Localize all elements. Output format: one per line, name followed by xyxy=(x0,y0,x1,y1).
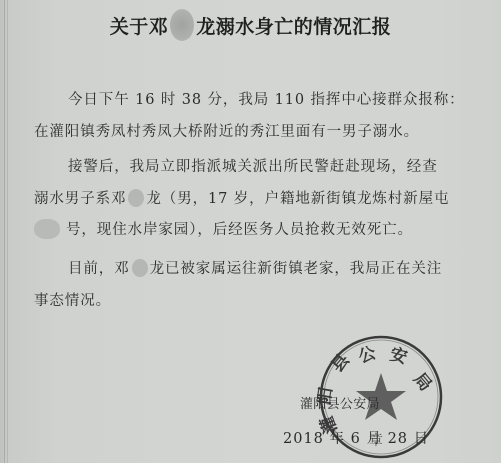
document-title: 关于邓龙溺水身亡的情况汇报 xyxy=(0,12,501,41)
svg-text:公: 公 xyxy=(356,343,379,368)
paragraph-3-line-2: 事态情况。 xyxy=(34,289,111,310)
document-date: 2018 年 6 月 28 日 xyxy=(283,427,429,448)
redaction-blur xyxy=(34,219,60,239)
paragraph-3-line-1-b: 龙已被家属运往新街镇老家，我局正在关注 xyxy=(150,261,443,277)
redaction-blur xyxy=(128,189,144,207)
paragraph-2-line-2: 溺水男子系邓龙（男，17 岁，户籍地新街镇龙炼村新屋屯 xyxy=(34,187,449,208)
paragraph-3-line-1: 目前，邓龙已被家属运往新街镇老家，我局正在关注 xyxy=(68,257,442,278)
paragraph-3-line-1-a: 目前，邓 xyxy=(68,261,130,277)
redaction-blur xyxy=(170,9,194,41)
paragraph-2-line-2-a: 溺水男子系邓 xyxy=(34,191,126,207)
title-prefix: 关于邓 xyxy=(110,16,169,38)
svg-text:局: 局 xyxy=(409,369,435,395)
redaction-blur xyxy=(132,259,148,277)
paragraph-2-line-3: 号，现住水岸家园），后经医务人员抢救无效死亡。 xyxy=(34,218,413,239)
signature-organization: 灌阳县公安局 xyxy=(300,393,380,412)
svg-text:安: 安 xyxy=(388,344,410,369)
document-page: 关于邓龙溺水身亡的情况汇报 今日下午 16 时 38 分，我局 110 指挥中心… xyxy=(0,0,501,463)
paragraph-2-line-3-text: 号，现住水岸家园），后经医务人员抢救无效死亡。 xyxy=(66,222,413,238)
title-suffix: 龙溺水身亡的情况汇报 xyxy=(196,16,391,38)
paragraph-1-line-1: 今日下午 16 时 38 分，我局 110 指挥中心接群众报称： xyxy=(68,88,465,109)
page-edge-line xyxy=(4,0,5,463)
paragraph-2-line-1: 接警后，我局立即指派城关派出所民警赶赴现场，经查 xyxy=(68,155,438,176)
paragraph-1-line-2: 在灌阳镇秀凤村秀凤大桥附近的秀江里面有一男子溺水。 xyxy=(34,120,419,141)
paragraph-2-line-2-b: 龙（男，17 岁，户籍地新街镇龙炼村新屋屯 xyxy=(146,191,449,207)
svg-text:县: 县 xyxy=(328,350,354,376)
page-edge-line xyxy=(7,0,8,463)
